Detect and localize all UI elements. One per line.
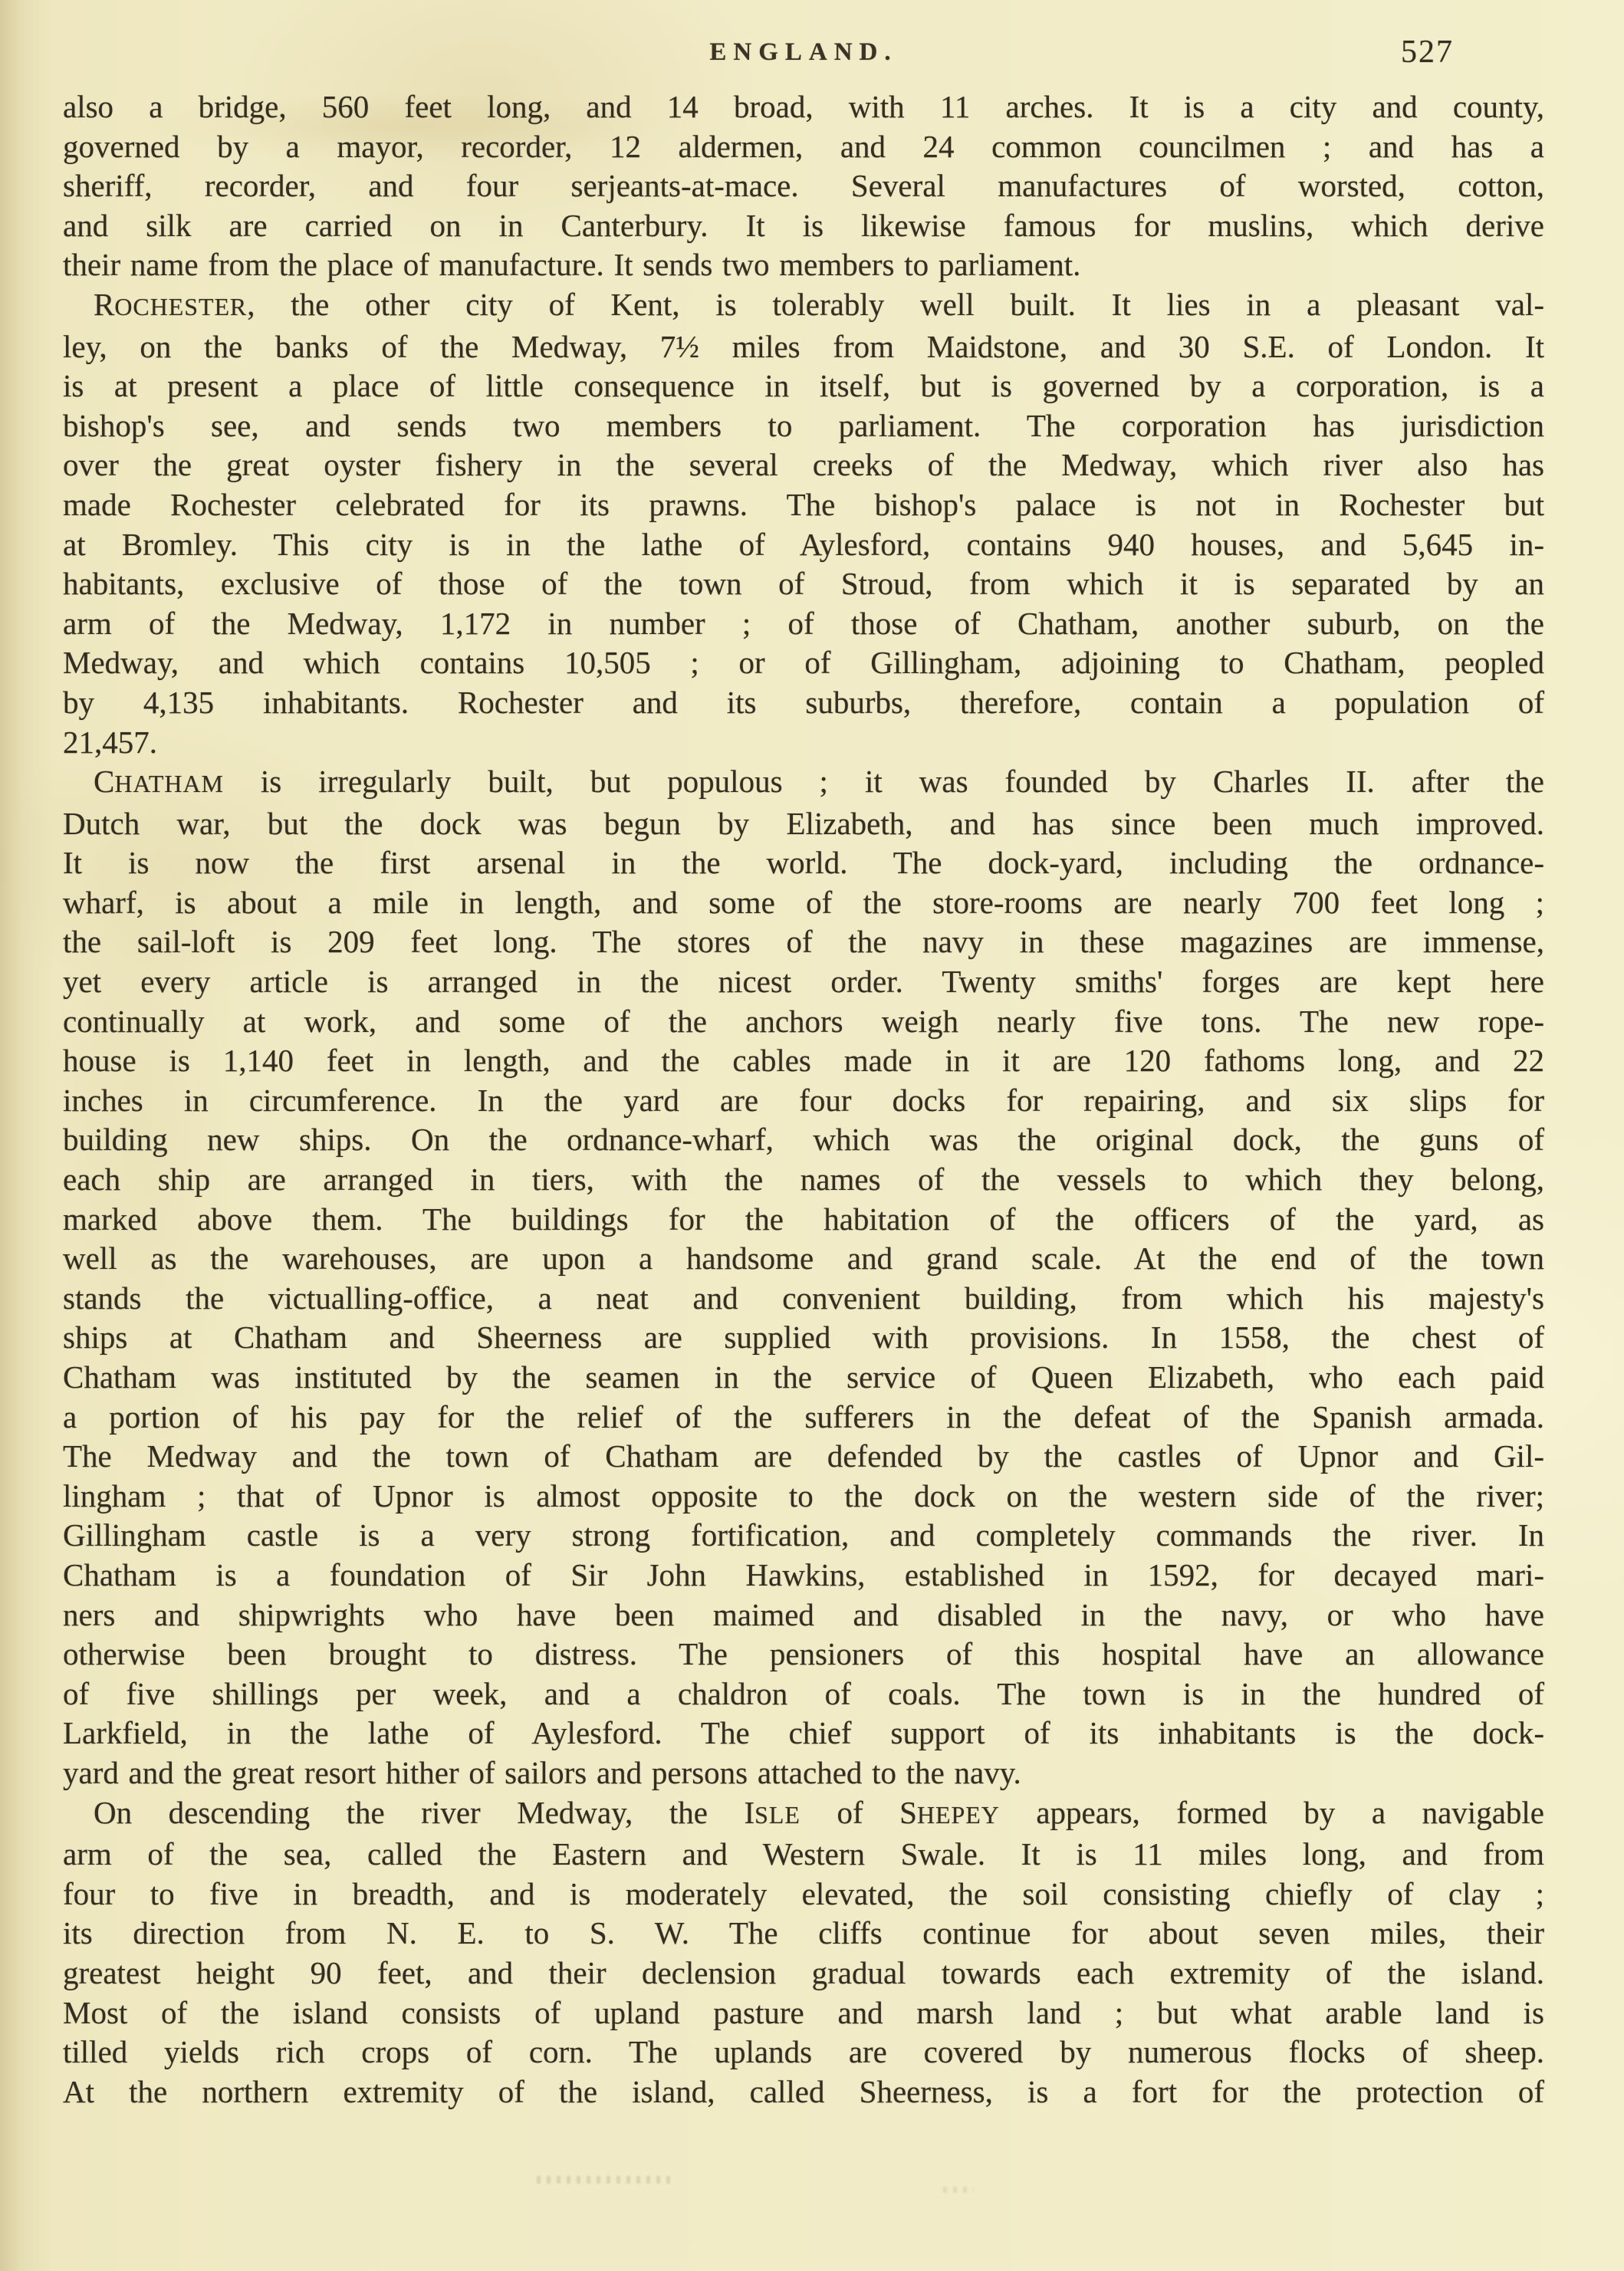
text-line: of five shillings per week, and a chaldr… (63, 1674, 1544, 1714)
text-segment: bishop's see, and sends two members to p… (63, 408, 1544, 443)
text-line: and silk are carried on in Canterbury. I… (63, 206, 1544, 246)
text-line: stands the victualling-office, a neat an… (63, 1279, 1544, 1319)
page-number: 527 (1401, 34, 1454, 71)
small-caps-text: hatham (114, 771, 224, 797)
text-segment: also a bridge, 560 feet long, and 14 bro… (63, 89, 1544, 124)
text-line: tilled yields rich crops of corn. The up… (63, 2033, 1544, 2072)
text-segment: is at present a place of little conseque… (63, 368, 1544, 403)
text-line: inches in circumference. In the yard are… (63, 1081, 1544, 1121)
text-line: Most of the island consists of upland pa… (63, 1993, 1544, 2033)
text-line: yard and the great resort hither of sail… (63, 1753, 1544, 1793)
text-line: the sail-loft is 209 feet long. The stor… (63, 922, 1544, 962)
text-segment: stands the victualling-office, a neat an… (63, 1280, 1544, 1316)
text-line: It is now the first arsenal in the world… (63, 843, 1544, 883)
text-line: Chatham was instituted by the seamen in … (63, 1358, 1544, 1398)
text-line: 21,457. (63, 723, 1544, 763)
text-line: greatest height 90 feet, and their decle… (63, 1954, 1544, 1993)
text-segment: their name from the place of manufacture… (63, 247, 1080, 282)
text-line: otherwise been brought to distress. The … (63, 1635, 1544, 1674)
text-line: yet every article is arranged in the nic… (63, 962, 1544, 1002)
text-segment: sheriff, recorder, and four serjeants-at… (63, 168, 1544, 203)
paragraph: On descending the river Medway, the Isle… (63, 1793, 1544, 2112)
text-line: over the great oyster fishery in the sev… (63, 445, 1544, 485)
text-segment: is irregularly built, but populous ; it … (224, 764, 1544, 799)
text-line: house is 1,140 feet in length, and the c… (63, 1041, 1544, 1081)
text-segment: and silk are carried on in Canterbury. I… (63, 208, 1544, 243)
text-line: at Bromley. This city is in the lathe of… (63, 525, 1544, 565)
text-segment: its direction from N. E. to S. W. The cl… (63, 1915, 1544, 1951)
text-line: its direction from N. E. to S. W. The cl… (63, 1914, 1544, 1954)
text-line: sheriff, recorder, and four serjeants-at… (63, 166, 1544, 206)
text-segment: I (745, 1795, 755, 1830)
text-line: continually at work, and some of the anc… (63, 1002, 1544, 1042)
text-line: Chatham is a foundation of Sir John Hawk… (63, 1556, 1544, 1596)
text-segment: over the great oyster fishery in the sev… (63, 447, 1544, 482)
text-line: wharf, is about a mile in length, and so… (63, 883, 1544, 923)
text-segment: Medway, and which contains 10,505 ; or o… (63, 645, 1544, 680)
text-segment: the sail-loft is 209 feet long. The stor… (63, 924, 1544, 959)
text-line: arm of the sea, called the Eastern and W… (63, 1835, 1544, 1875)
text-segment: It is now the first arsenal in the world… (63, 845, 1544, 880)
text-segment: On descending the river Medway, the (94, 1795, 745, 1830)
text-line: bishop's see, and sends two members to p… (63, 406, 1544, 446)
text-segment: Chatham is a foundation of Sir John Hawk… (63, 1557, 1544, 1592)
text-segment: yard and the great resort hither of sail… (63, 1755, 1021, 1790)
running-title: ENGLAND. (63, 38, 1544, 67)
text-segment: ships at Chatham and Sheerness are suppl… (63, 1320, 1544, 1355)
text-segment: building new ships. On the ordnance-whar… (63, 1122, 1544, 1157)
text-segment: At the northern extremity of the island,… (63, 2074, 1544, 2109)
text-segment: of five shillings per week, and a chaldr… (63, 1676, 1544, 1711)
small-caps-text: sle (754, 1802, 800, 1829)
text-segment: four to five in breadth, and is moderate… (63, 1876, 1544, 1911)
page-content: ENGLAND. 527 also a bridge, 560 feet lon… (63, 38, 1544, 2112)
text-segment: C (94, 764, 114, 799)
text-segment: ners and shipwrights who have been maime… (63, 1597, 1544, 1632)
paragraph: also a bridge, 560 feet long, and 14 bro… (63, 87, 1544, 285)
text-line: is at present a place of little conseque… (63, 366, 1544, 406)
text-segment: of (800, 1795, 899, 1830)
text-line: On descending the river Medway, the Isle… (63, 1793, 1544, 1836)
text-line: habitants, exclusive of those of the tow… (63, 564, 1544, 604)
text-line: ships at Chatham and Sheerness are suppl… (63, 1318, 1544, 1358)
text-segment: each ship are arranged in tiers, with th… (63, 1162, 1544, 1197)
text-segment: continually at work, and some of the anc… (63, 1004, 1544, 1039)
page-body: also a bridge, 560 feet long, and 14 bro… (63, 87, 1544, 2112)
text-line: Gillingham castle is a very strong forti… (63, 1516, 1544, 1556)
text-line: The Medway and the town of Chatham are d… (63, 1437, 1544, 1477)
text-segment: made Rochester celebrated for its prawns… (63, 487, 1544, 522)
text-segment: by 4,135 inhabitants. Rochester and its … (63, 685, 1544, 720)
text-line: Medway, and which contains 10,505 ; or o… (63, 643, 1544, 683)
text-line: four to five in breadth, and is moderate… (63, 1875, 1544, 1914)
text-segment: Larkfield, in the lathe of Aylesford. Th… (63, 1715, 1544, 1750)
text-segment: wharf, is about a mile in length, and so… (63, 885, 1544, 920)
text-segment: arm of the sea, called the Eastern and W… (63, 1836, 1544, 1872)
text-segment: greatest height 90 feet, and their decle… (63, 1955, 1544, 1990)
small-caps-text: hepey (917, 1802, 1000, 1829)
text-segment: Chatham was instituted by the seamen in … (63, 1359, 1544, 1395)
text-line: a portion of his pay for the relief of t… (63, 1398, 1544, 1438)
text-line: Larkfield, in the lathe of Aylesford. Th… (63, 1714, 1544, 1753)
text-segment: Dutch war, but the dock was begun by Eli… (63, 806, 1544, 841)
page-header: ENGLAND. 527 (63, 38, 1544, 81)
text-line: ley, on the banks of the Medway, 7½ mile… (63, 327, 1544, 367)
faint-smudge (537, 2176, 675, 2184)
paragraph: Chatham is irregularly built, but populo… (63, 762, 1544, 1793)
text-segment: well as the warehouses, are upon a hands… (63, 1241, 1544, 1276)
text-segment: ley, on the banks of the Medway, 7½ mile… (63, 329, 1544, 364)
text-line: lingham ; that of Upnor is almost opposi… (63, 1477, 1544, 1517)
text-segment: R (94, 287, 114, 322)
text-line: Chatham is irregularly built, but populo… (63, 762, 1544, 804)
text-line: well as the warehouses, are upon a hands… (63, 1239, 1544, 1279)
text-segment: , the other city of Kent, is tolerably w… (247, 287, 1544, 322)
text-line: made Rochester celebrated for its prawns… (63, 485, 1544, 525)
text-line: Dutch war, but the dock was begun by Eli… (63, 804, 1544, 844)
text-segment: lingham ; that of Upnor is almost opposi… (63, 1478, 1544, 1513)
text-segment: appears, formed by a navigable (1000, 1795, 1544, 1830)
text-segment: otherwise been brought to distress. The … (63, 1636, 1544, 1671)
text-segment: habitants, exclusive of those of the tow… (63, 566, 1544, 601)
text-line: building new ships. On the ordnance-whar… (63, 1120, 1544, 1160)
text-segment: 21,457. (63, 725, 157, 760)
text-line: At the northern extremity of the island,… (63, 2072, 1544, 2112)
text-line: each ship are arranged in tiers, with th… (63, 1160, 1544, 1200)
text-segment: inches in circumference. In the yard are… (63, 1083, 1544, 1118)
paragraph: Rochester, the other city of Kent, is to… (63, 285, 1544, 762)
text-segment: Gillingham castle is a very strong forti… (63, 1517, 1544, 1553)
text-segment: Most of the island consists of upland pa… (63, 1995, 1544, 2030)
text-line: by 4,135 inhabitants. Rochester and its … (63, 683, 1544, 723)
text-line: marked above them. The buildings for the… (63, 1200, 1544, 1240)
faint-smudge (943, 2187, 974, 2193)
text-segment: tilled yields rich crops of corn. The up… (63, 2034, 1544, 2069)
text-line: arm of the Medway, 1,172 in number ; of … (63, 604, 1544, 644)
text-line: ners and shipwrights who have been maime… (63, 1596, 1544, 1635)
text-segment: arm of the Medway, 1,172 in number ; of … (63, 606, 1544, 641)
text-segment: The Medway and the town of Chatham are d… (63, 1438, 1544, 1474)
text-segment: yet every article is arranged in the nic… (63, 964, 1544, 999)
text-segment: S (899, 1795, 917, 1830)
text-segment: at Bromley. This city is in the lathe of… (63, 527, 1544, 562)
text-segment: marked above them. The buildings for the… (63, 1201, 1544, 1237)
text-line: their name from the place of manufacture… (63, 245, 1544, 285)
scanned-book-page: ENGLAND. 527 also a bridge, 560 feet lon… (0, 0, 1624, 2271)
text-line: governed by a mayor, recorder, 12 alderm… (63, 127, 1544, 167)
text-line: Rochester, the other city of Kent, is to… (63, 285, 1544, 327)
small-caps-text: ochester (114, 294, 247, 320)
text-segment: house is 1,140 feet in length, and the c… (63, 1043, 1544, 1078)
text-segment: governed by a mayor, recorder, 12 alderm… (63, 129, 1544, 164)
text-segment: a portion of his pay for the relief of t… (63, 1399, 1544, 1435)
text-line: also a bridge, 560 feet long, and 14 bro… (63, 87, 1544, 127)
